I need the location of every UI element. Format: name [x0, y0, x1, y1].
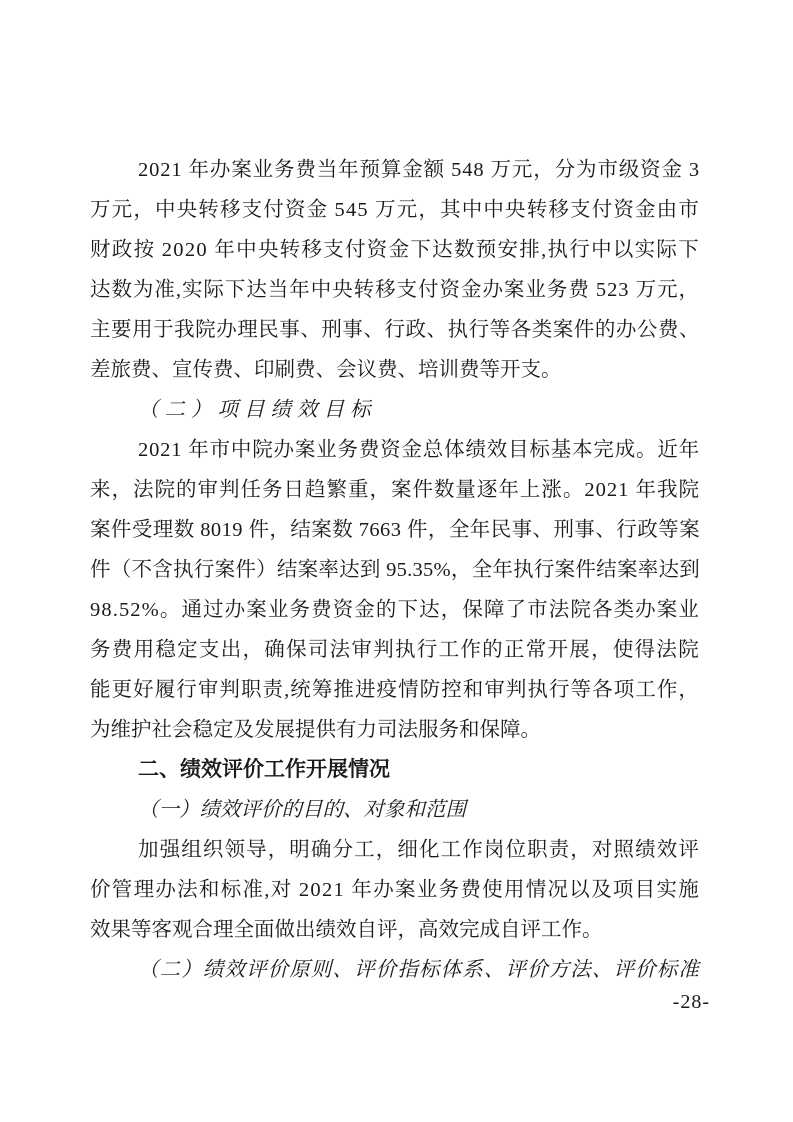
line-text: 价管理办法和标准,对 2021 年办案业务费使用情况以及项目实施 — [90, 870, 700, 910]
line-text: 98.52%。通过办案业务费资金的下达，保障了市法院各类办案业 — [90, 590, 700, 630]
line-text: 财政按 2020 年中央转移支付资金下达数预安排,执行中以实际下 — [90, 230, 700, 270]
body-line: 价管理办法和标准,对 2021 年办案业务费使用情况以及项目实施 — [90, 870, 700, 910]
line-text: 2021 年办案业务费当年预算金额 548 万元，分为市级资金 3 — [138, 150, 700, 190]
line-text: 2021 年市中院办案业务费资金总体绩效目标基本完成。近年 — [138, 430, 700, 470]
body-line: 为维护社会稳定及发展提供有力司法服务和保障。 — [90, 710, 700, 750]
body-line: 效果等客观合理全面做出绩效自评，高效完成自评工作。 — [90, 910, 700, 950]
line-text: 二、绩效评价工作开展情况 — [138, 750, 390, 790]
line-text: 为维护社会稳定及发展提供有力司法服务和保障。 — [90, 710, 541, 750]
page-number: -28- — [673, 990, 710, 1014]
line-text: 务费用稳定支出，确保司法审判执行工作的正常开展，使得法院 — [90, 630, 700, 670]
body-line: 主要用于我院办理民事、刑事、行政、执行等各类案件的办公费、 — [90, 310, 700, 350]
body-line: 万元，中央转移支付资金 545 万元，其中中央转移支付资金由市 — [90, 190, 700, 230]
line-text: （一）绩效评价的目的、对象和范围 — [138, 790, 466, 830]
body-line: 2021 年办案业务费当年预算金额 548 万元，分为市级资金 3 — [90, 150, 700, 190]
body-line: 差旅费、宣传费、印刷费、会议费、培训费等开支。 — [90, 350, 700, 390]
body-line: 达数为准,实际下达当年中央转移支付资金办案业务费 523 万元， — [90, 270, 700, 310]
body-line: 件（不含执行案件）结案率达到 95.35%，全年执行案件结案率达到 — [90, 550, 700, 590]
line-text: 加强组织领导，明确分工，细化工作岗位职责，对照绩效评 — [138, 830, 700, 870]
body-line: 98.52%。通过办案业务费资金的下达，保障了市法院各类办案业 — [90, 590, 700, 630]
body-line: 加强组织领导，明确分工，细化工作岗位职责，对照绩效评 — [90, 830, 700, 870]
subsection-heading: （一）绩效评价的目的、对象和范围 — [90, 790, 700, 830]
line-text: 效果等客观合理全面做出绩效自评，高效完成自评工作。 — [90, 910, 603, 950]
line-text: 主要用于我院办理民事、刑事、行政、执行等各类案件的办公费、 — [90, 310, 700, 350]
line-text: 件（不含执行案件）结案率达到 95.35%，全年执行案件结案率达到 — [90, 550, 700, 590]
line-text: 差旅费、宣传费、印刷费、会议费、培训费等开支。 — [90, 350, 562, 390]
line-text: （二）绩效评价原则、评价指标体系、评价方法、评价标准 — [138, 950, 700, 990]
body-line: 能更好履行审判职责,统筹推进疫情防控和审判执行等各项工作， — [90, 670, 700, 710]
document-page: { "page": { "background_color": "#ffffff… — [0, 0, 793, 1122]
line-text: 达数为准,实际下达当年中央转移支付资金办案业务费 523 万元， — [90, 270, 700, 310]
line-text: （二）项目绩效目标 — [138, 390, 377, 430]
line-text: 来，法院的审判任务日趋繁重，案件数量逐年上涨。2021 年我院 — [90, 470, 700, 510]
line-text: 能更好履行审判职责,统筹推进疫情防控和审判执行等各项工作， — [90, 670, 700, 710]
line-text: 万元，中央转移支付资金 545 万元，其中中央转移支付资金由市 — [90, 190, 700, 230]
body-line: 2021 年市中院办案业务费资金总体绩效目标基本完成。近年 — [90, 430, 700, 470]
body-line: 财政按 2020 年中央转移支付资金下达数预安排,执行中以实际下 — [90, 230, 700, 270]
body-line: 来，法院的审判任务日趋繁重，案件数量逐年上涨。2021 年我院 — [90, 470, 700, 510]
section-heading: 二、绩效评价工作开展情况 — [90, 750, 700, 790]
document-body: 2021 年办案业务费当年预算金额 548 万元，分为市级资金 3 万元，中央转… — [90, 150, 700, 990]
body-line: 务费用稳定支出，确保司法审判执行工作的正常开展，使得法院 — [90, 630, 700, 670]
subsection-heading: （二）项目绩效目标 — [90, 390, 700, 430]
line-text: 案件受理数 8019 件，结案数 7663 件，全年民事、刑事、行政等案 — [90, 510, 700, 550]
body-line: 案件受理数 8019 件，结案数 7663 件，全年民事、刑事、行政等案 — [90, 510, 700, 550]
subsection-heading: （二）绩效评价原则、评价指标体系、评价方法、评价标准 — [90, 950, 700, 990]
